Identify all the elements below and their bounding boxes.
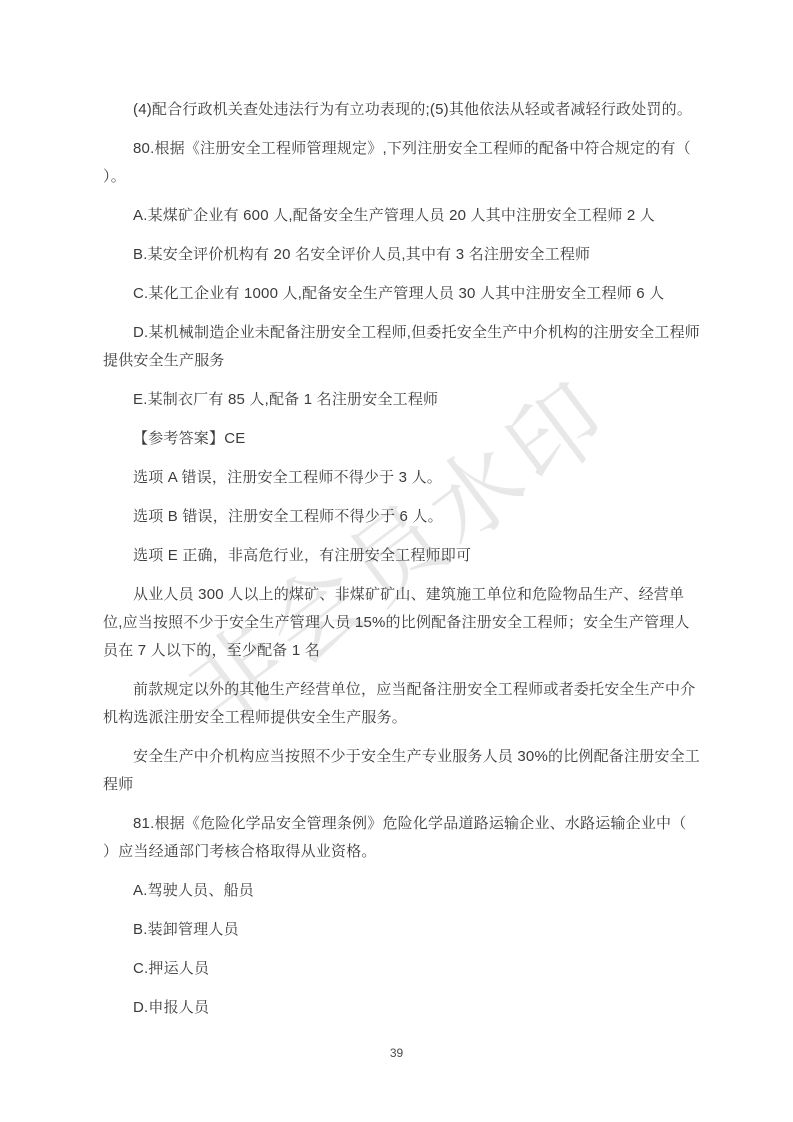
q80-option-a: A.某煤矿企业有 600 人,配备安全生产管理人员 20 人其中注册安全工程师 … [103,202,703,230]
q80-answer: 【参考答案】CE [103,425,703,453]
q80-option-b: B.某安全评价机构有 20 名安全评价人员,其中有 3 名注册安全工程师 [103,241,703,269]
note-penalty-mitigation: (4)配合行政机关查处违法行为有立功表现的;(5)其他依法从轻或者减轻行政处罚的… [103,96,703,124]
q80-analysis-rule-3: 安全生产中介机构应当按照不少于安全生产专业服务人员 30%的比例配备注册安全工程… [103,743,703,799]
q80-option-d: D.某机械制造企业未配备注册安全工程师,但委托安全生产中介机构的注册安全工程师提… [103,319,703,375]
q80-analysis-option-a: 选项 A 错误，注册安全工程师不得少于 3 人。 [103,464,703,492]
question-81: 81.根据《危险化学品安全管理条例》危险化学品道路运输企业、水路运输企业中（ ）… [103,810,703,866]
q81-option-c: C.押运人员 [103,955,703,983]
q80-option-e: E.某制衣厂有 85 人,配备 1 名注册安全工程师 [103,386,703,414]
question-80: 80.根据《注册安全工程师管理规定》,下列注册安全工程师的配备中符合规定的有（ … [103,135,703,191]
q81-option-a: A.驾驶人员、船员 [103,877,703,905]
q81-option-b: B.装卸管理人员 [103,916,703,944]
document-page: 非会员水印 (4)配合行政机关查处违法行为有立功表现的;(5)其他依法从轻或者减… [0,0,793,1122]
q80-analysis-rule-1: 从业人员 300 人以上的煤矿、非煤矿矿山、建筑施工单位和危险物品生产、经营单位… [103,581,703,665]
document-body: (4)配合行政机关查处违法行为有立功表现的;(5)其他依法从轻或者减轻行政处罚的… [0,0,793,1022]
q80-analysis-option-e: 选项 E 正确，非高危行业，有注册安全工程师即可 [103,542,703,570]
q80-option-c: C.某化工企业有 1000 人,配备安全生产管理人员 30 人其中注册安全工程师… [103,280,703,308]
page-number: 39 [0,1046,793,1060]
q80-analysis-option-b: 选项 B 错误，注册安全工程师不得少于 6 人。 [103,503,703,531]
q80-analysis-rule-2: 前款规定以外的其他生产经营单位，应当配备注册安全工程师或者委托安全生产中介机构选… [103,676,703,732]
q81-option-d: D.申报人员 [103,994,703,1022]
